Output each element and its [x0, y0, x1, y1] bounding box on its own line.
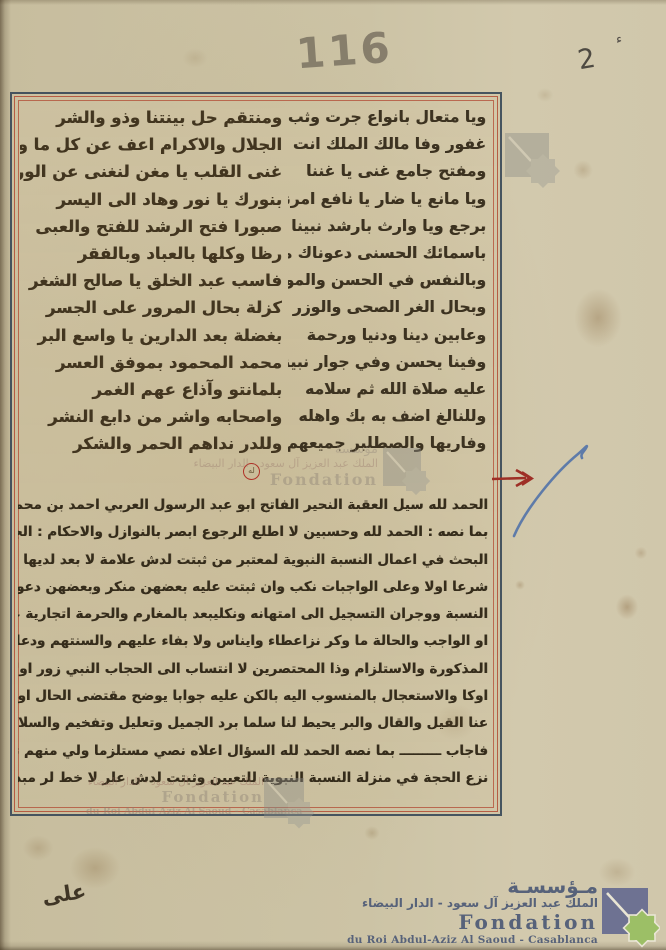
prose-line: النسبة ووجران التسجيل الى امتهانه ونكليب… [18, 601, 488, 628]
poem-line: وعابين دينا ودنيا ورحمة [288, 322, 486, 349]
poem-line: وللدر نداهم الحمر والشكر [20, 430, 282, 457]
prose-line: او الواجب والحالة ما وكر نزاعطاء وايناس … [18, 628, 488, 655]
blue-pen-stroke-annotation [508, 438, 600, 540]
corner-ink-mark: ء [616, 32, 622, 47]
prose-line: نزع الحجة في منزلة النسبة النبوية للتعيي… [18, 765, 488, 792]
foundation-watermark-logo-icon [505, 133, 561, 189]
prose-line: بما نصه : الحمد لله وحسبين لا اطلع الرجو… [18, 519, 488, 546]
poem-line: فاسب عبد الخلق يا صالح الشغر [20, 267, 282, 294]
poem-line: بلمانتو وآذاع عهم الغمر [20, 376, 282, 403]
prose-line: الحمد لله سيل العقبة النحير الفاتح ابو ع… [18, 492, 488, 519]
manuscript-scan-page: 116 2 ء ويا متعال بانواع جرت وثب غفور وف… [0, 0, 666, 950]
red-circle-annotation: له [243, 463, 260, 480]
prose-line: عنا القيل والقال والبر يحيط لنا سلما برد… [18, 710, 488, 737]
poem-line: بغضلة بعد الدارين يا واسع البر [20, 322, 282, 349]
foundation-stamp: مـؤسسـة الملك عبد العزيز آل سعود - الدار… [347, 874, 660, 948]
stamp-owner-ar: الملك عبد العزيز آل سعود - الدار البيضاء [347, 896, 598, 910]
poem-line: صبورا فتح الرشد للفتح والعبى [20, 213, 282, 240]
poem-line: كزلة بحال المرور على الجسر [20, 294, 282, 321]
poem-line: محمد المحمود بموفق العسر [20, 349, 282, 376]
prose-line: فاجاب ـــــــــ بما نصه الحمد لله السؤال… [18, 738, 488, 765]
prose-line: البحث في اعمال النسبة النبوية لمعتبر من … [18, 547, 488, 574]
poem-line: ومفتح جامع غنى يا غننا [288, 158, 486, 185]
prose-line: المذكورة والاستلزام وذا المحتصرين لا انت… [18, 656, 488, 683]
poem-left-column: ومنتقم حل بينتنا وذو والشر الجلال والاكر… [20, 104, 282, 460]
poem-line: وفينا يحسن وفي جوار نبينا [288, 349, 486, 376]
pencil-folio-number: 116 [294, 23, 394, 79]
poem-line: بنورك يا نور وهاد الى اليسر [20, 186, 282, 213]
foundation-stamp-text: مـؤسسـة الملك عبد العزيز آل سعود - الدار… [347, 874, 598, 948]
poem-line: ويا مانع يا ضار يا نافع امرنا [288, 186, 486, 213]
stamp-owner-fr: du Roi Abdul-Aziz Al Saoud - Casablanca [347, 934, 598, 946]
poem-line: برجع ويا وارث بارشد نبينا [288, 213, 486, 240]
foundation-logo-icon [602, 888, 660, 948]
poem-line: وللنالغ اضف به بك واهله [288, 403, 486, 430]
poem-line: واصحابه واشر من دابع النشر [20, 403, 282, 430]
prose-line: اوكا والاستعجال بالمنسوب اليه بالكن عليه… [18, 683, 488, 710]
poem-right-column: ويا متعال بانواع جرت وثب غفور وفا مالك ا… [288, 104, 486, 460]
prose-block: الحمد لله سيل العقبة النحير الفاتح ابو ع… [18, 492, 488, 792]
poem-line: وفاريها والصطلبر جميعهم [288, 430, 486, 457]
poem-line: غنى القلب يا مغن لنغنى عن الورى [20, 158, 282, 185]
poem-line: غفور وفا مالك الملك انت ذو [288, 131, 486, 158]
poem-line: ويا متعال بانواع جرت وثب [288, 104, 486, 131]
catchword: على [41, 879, 88, 909]
poem-line: وبالنفس في الحسن والموفق انل [288, 267, 486, 294]
poem-line: باسمائك الحسنى دعوناك منتغى [288, 240, 486, 267]
stamp-name-ar: مـؤسسـة [347, 874, 598, 898]
poem-line: رظا وكلها بالعباد وبالفقر [20, 240, 282, 267]
poem-line: عليه صلاة الله ثم سلامه [288, 376, 486, 403]
prose-line: شرعا اولا وعلى الواجبات نكب وان ثبتت علي… [18, 574, 488, 601]
poem-line: الجلال والاكرام اعف عن كل ما وزر [20, 131, 282, 158]
stamp-name-fr: Fondation [347, 910, 598, 934]
poem-line: ومنتقم حل بينتنا وذو والشر [20, 104, 282, 131]
poem-block: ويا متعال بانواع جرت وثب غفور وفا مالك ا… [20, 104, 486, 460]
poem-line: وبحال الغر الصحى والوزر جهرما [288, 294, 486, 321]
ink-page-number: 2 [575, 43, 597, 77]
